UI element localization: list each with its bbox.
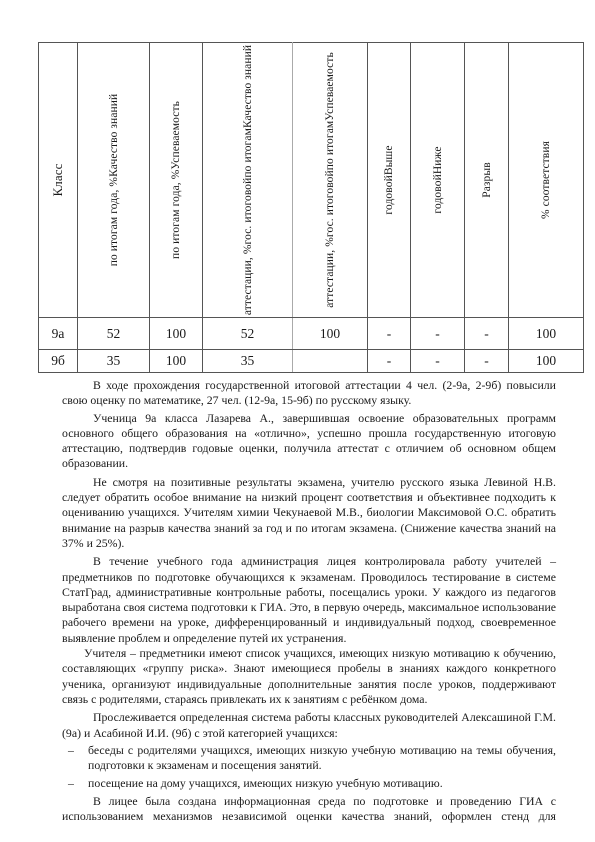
cell-exam-quality: 35 xyxy=(203,350,293,373)
cell-match: 100 xyxy=(509,318,584,350)
cell-year-quality: 35 xyxy=(78,350,150,373)
table-row: 9а 52 100 52 100 - - - 100 xyxy=(39,318,584,350)
header-gap: Разрыв xyxy=(481,162,493,198)
table-row: 9б 35 100 35 - - - 100 xyxy=(39,350,584,373)
header-year-success: по итогам года, %Успеваемость xyxy=(170,101,182,259)
body-text: В ходе прохождения государственной итого… xyxy=(62,378,556,824)
cell-class: 9б xyxy=(39,350,78,373)
cell-year-quality: 52 xyxy=(78,318,150,350)
cell-match: 100 xyxy=(509,350,584,373)
paragraph: В ходе прохождения государственной итого… xyxy=(62,378,556,409)
header-cell: годовойВыше xyxy=(368,43,411,318)
cell-class: 9а xyxy=(39,318,78,350)
header-class: Класс xyxy=(50,164,66,197)
header-cell: аттестации, %гос. итоговойпо итогамКачес… xyxy=(203,43,293,318)
cell-exam-quality: 52 xyxy=(203,318,293,350)
paragraph: В течение учебного года администрация ли… xyxy=(62,554,556,646)
results-table: Класс по итогам года, %Качество знаний п… xyxy=(38,42,584,373)
header-cell: по итогам года, %Успеваемость xyxy=(150,43,203,318)
cell-year-success: 100 xyxy=(150,350,203,373)
header-cell: Класс xyxy=(39,43,78,318)
header-exam-quality: аттестации, %гос. итоговойпо итогамКачес… xyxy=(242,45,254,315)
header-cell: годовойНиже xyxy=(411,43,465,318)
bullet-item: беседы с родителями учащихся, имеющих ни… xyxy=(62,743,556,774)
cell-higher: - xyxy=(368,318,411,350)
header-cell: Разрыв xyxy=(465,43,509,318)
paragraph: В лицее была создана информационная сред… xyxy=(62,794,556,825)
header-year-quality: по итогам года, %Качество знаний xyxy=(108,94,120,267)
cell-exam-success xyxy=(293,350,368,373)
paragraph: Ученица 9а класса Лазарева А., завершивш… xyxy=(62,411,556,472)
cell-exam-success: 100 xyxy=(293,318,368,350)
cell-gap: - xyxy=(465,318,509,350)
header-exam-success: аттестации, %гос. итоговойпо итогамУспев… xyxy=(324,52,336,308)
bullet-list: беседы с родителями учащихся, имеющих ни… xyxy=(62,743,556,792)
document-page: Класс по итогам года, %Качество знаний п… xyxy=(0,0,595,842)
header-cell: по итогам года, %Качество знаний xyxy=(78,43,150,318)
header-cell: % соответствия xyxy=(509,43,584,318)
header-higher: годовойВыше xyxy=(383,145,395,214)
paragraph: Прослеживается определенная система рабо… xyxy=(62,710,556,741)
cell-higher: - xyxy=(368,350,411,373)
header-match: % соответствия xyxy=(540,141,552,219)
bullet-item: посещение на дому учащихся, имеющих низк… xyxy=(62,776,556,791)
cell-lower: - xyxy=(411,350,465,373)
header-cell: аттестации, %гос. итоговойпо итогамУспев… xyxy=(293,43,368,318)
paragraph: Учителя – предметники имеют список учащи… xyxy=(62,646,556,707)
cell-year-success: 100 xyxy=(150,318,203,350)
cell-gap: - xyxy=(465,350,509,373)
header-lower: годовойНиже xyxy=(432,146,444,213)
cell-lower: - xyxy=(411,318,465,350)
table-header-row: Класс по итогам года, %Качество знаний п… xyxy=(39,43,584,318)
paragraph: Не смотря на позитивные результаты экзам… xyxy=(62,475,556,551)
